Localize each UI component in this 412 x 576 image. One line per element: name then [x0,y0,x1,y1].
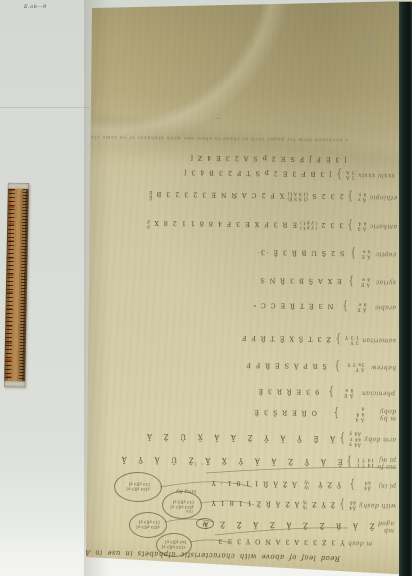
row-letters: 3 3 2 [320,221,344,229]
nested-stack-line: ⅟y [304,484,309,490]
letter-pair: ā4 [349,499,356,505]
manuscript-row: ethiopicĀ yā y}2 3 2 S(1 S S E)(1 S A L)… [236,183,397,209]
row-label-line: syriac [375,278,396,285]
writing-layer: —· 1901 Read leaf of above with characte… [0,0,412,576]
nested-stack-line: (1 S A L) [287,190,308,196]
brace: } [339,431,345,445]
accession-pencil-mark: 1901 [363,34,372,56]
letter-pair: ā 4 [355,411,364,417]
letter-pair-stack: Ā4ā4 [349,499,356,510]
row-letters: S 2 S̄ U B R̄ 3 Ē ·3· [256,248,345,257]
manuscript-row: arabicĀ Eā e}N 3 Ē T R̄ E C C ᵃ [252,298,396,314]
letter-pair: 14 7 1 [356,462,374,468]
row-letters: N 3 Ē T R̄ E C C ᵃ [252,301,333,310]
manuscript-row: samaritan3 Y1·3 Y}Z̄ 3 T S̄ X Ē T R̄ F F [247,329,396,349]
letter-pair: Ā4 [364,485,371,491]
nested-stack: ⅟y⅟y [302,498,307,509]
balloon-line: [13 y][3 y] [136,520,159,525]
brace: } [336,167,342,181]
brace: } [342,299,348,313]
letter-pair-stack: Ā4 yā4 yĀ4 y [349,430,361,447]
row-label: m bydoby [379,407,396,421]
mount-label: E.ob—9 [24,4,47,10]
manuscript-row: m bydobyĀ 4ā 44}O R̄ E R S̄ 3 Ē [253,404,396,422]
letter-pair: 4 [355,405,364,411]
letter-pair-stack: Ā Eā e [361,248,371,259]
nested-stack-line: ⅟y [304,479,309,485]
nested-stack-line: ⅟y [302,498,307,504]
letter-pair: 3 A [346,169,355,175]
brace: } [333,406,339,420]
row-label-line: hebrew [371,363,396,370]
letter-pair: 3a·3 Y [347,361,365,367]
row-letters: Ā Ē Ȳ Ā Ȳ Z̄ Ā Ā X̄ Ū Z̄ Ā [144,432,335,442]
letter-pair: Ā 4 [357,225,366,231]
letter-pair-stack: Ā 4ā 4 [357,220,366,231]
row-label: ethiopic [369,193,397,200]
balloon-content: y[2̄3 y][3 y] [13 y][3 y] [126,482,149,492]
row-label: syriac [375,278,396,285]
row-letters: O R̄ E R S̄ 3 Ē [253,408,317,417]
manuscript-row: arm dobyĀ4 yā4 yĀ4 y}Ā Ē Ȳ Ā Ȳ Z̄ Ā Ā X̄… [238,428,396,448]
manuscript-row: y = 3̄ ȳ [144,460,210,466]
balloon-callout: +[2̄3 y][3 y] [n3 y][3 y] [156,533,192,557]
manuscript-row: a proposed form for pages such as these … [200,135,348,142]
row-letters: X F 2 C A N̄ N E 3 2 3 2 3 B [155,190,284,200]
photo-edge-band [399,2,412,576]
row-label: m dash [348,539,372,546]
letter-pair: ā4 y [349,436,361,442]
nested-stack: (1 S S E)(1 S A L) [287,190,308,201]
manuscript-row: mo fopi mj14 7 114 7 1}Ē Ā Ȳ Z̄ Ā Ā Ȳ X̄… [205,451,396,471]
row-letters: E X A S̄ B 3 R̄ N S [259,276,342,285]
row-letters: ] 3 E F J F S E 2 p S A 2 3 E 4 Z [ [189,154,347,164]
row-label: arabic [374,303,396,310]
row-letters: E R 3 F X E 3 F 4 8 8 1 1 2 8 X [153,219,297,229]
letter-pair: Ā 4 [355,416,364,422]
row-letters: Y 3 Z 3 3 A 3 A N O Y 3 S 3 [217,537,345,547]
row-letters: 2 3 2 S [311,192,344,200]
letter-pair: 3 Y [344,339,358,345]
balloon-line: [13 y][3 y] [126,482,149,487]
manuscript-row: pi injĀ4ā4}Ȳ Z̄ Ȳ⅟y⅟yĀ Z̄ Ā R̄ 1 1 8 1 ·… [210,476,396,492]
letter-pair: ā e [357,301,367,307]
balloon-line: y[2̄3 y][3 y] [136,525,159,530]
nested-stack-line: ( y p t ) [300,219,317,225]
brace: } [350,246,356,260]
left-letter-pair: ĒĒ [148,188,152,199]
row-letters: a proposed form for pages such as these … [84,134,348,142]
row-label-line: phenician [362,389,395,396]
brace: } [335,332,341,346]
letter-pair: 1·3 Y [345,334,359,340]
manuscript-row: xxxiv xxxix3 A3 A}] 3 B F 3 E 2 p S T F … [237,166,395,182]
letter-pair: ā e [360,276,370,282]
letter-pair-stack: Ā Eā e [357,301,367,312]
letter-pair: Ē [148,188,152,194]
row-label-line: doby [380,407,397,414]
row-letters: Z̄ Ā R̄ Z̄ Z̄ Ā Z̄ Ā Z̄ Z̄ Ā [200,520,374,530]
ruler-end-cap [4,381,25,387]
paper-edge-shadow [84,0,110,576]
row-label-line: pi mj [377,455,396,462]
manuscript-row: ] 3 E F J F S E 2 p S A 2 3 E 4 Z [ [237,154,347,163]
row-letters: Ā Z̄ Ā R̄ 1 1 8 1 · Y [210,479,297,488]
letter-pair-stack: Ā4ā4 [364,479,371,490]
brace: } [350,478,356,492]
letter-pair-stack: 14 7 114 7 1 [356,456,374,467]
balloon-content: y[2̄3 y][3 y] [13 y][3 y] [170,500,193,510]
stray-tiny-mark: —· [214,115,221,121]
letter-pair: Ā4 y [349,441,361,447]
letter-pair: Ā4 [349,505,356,511]
letter-pair-stack: 3 Y1·3 Y [344,334,358,345]
letter-pair: Ē [148,194,152,200]
row-label-line: arm doby [364,435,396,442]
row-label-line: arabic [374,303,396,310]
manuscript-row: m dashY 3 Z 3 3 A 3 A N O Y 3 S 3 [226,537,372,547]
balloon-callout: y[2̄3 y][3 y] [13 y][3 y] [114,472,162,503]
letter-pair: F [146,217,150,223]
letter-pair: ā e [361,248,371,254]
balloon-line: [n3 y][3 y] [162,540,186,545]
row-label: phenician [362,389,395,396]
row-letters: Z̄ Ȳ Z̄ [311,500,336,508]
letter-pair: 3 A [345,174,354,180]
row-label: mo fopi mj [377,455,396,469]
nested-stack-line: ( y p t ) [300,225,317,231]
balloon-line: y[2̄3 y][3 y] [170,505,193,510]
balloon-content: +[2̄3 y][3 y] [n3 y][3 y] [162,540,186,550]
brace: } [334,359,340,373]
letter-pair: Ā y [357,197,366,203]
manuscript-row: with dashyĀ4ā4}Z̄ Ȳ Z̄⅟y⅟yĀ Z̄ Ā R̄ Z̄ 1… [213,496,396,512]
brace: } [347,455,353,469]
row-label-line: amharic [369,222,397,229]
row-label-line: samaritan [362,336,396,343]
balloon-line: +[2̄3 y][3 y] [162,545,186,550]
row-letters: y = 3̄ ȳ [188,460,210,465]
letter-pair: Ā E [361,253,371,259]
brace: } [329,385,335,399]
row-label: pi inj [378,481,396,488]
letter-pair-stack: Ā Eā e [360,276,370,287]
manuscript-row: phenicianĀ Eā e}9 3 E R̄ R 3 Ē [257,384,395,400]
row-label-line: xxxiv xxxix [358,171,395,178]
letter-pair-stack: A Y3a·3 Y [347,361,365,372]
row-label-line: with dashy [359,501,396,508]
wooden-ruler [4,183,29,387]
row-letters: Z̄ 3 T S̄ X Ē T R̄ F F [241,334,331,343]
letter-pair: ā 4 [357,220,366,226]
letter-pair: Ā4 y [349,430,361,436]
mount-seam-line [0,107,90,108]
manuscript-row: syriacĀ Eā e}E X A S̄ B 3 R̄ N S [259,273,396,289]
balloon-callout: y[2̄3 y][3 y] [13 y][3 y] [162,491,202,519]
row-label-line: ethiopic [369,193,397,200]
letter-pair: ā e [344,387,354,393]
archival-photograph: E.ob—9 —· 1901 Read leaf of above with c… [0,0,412,576]
row-label: xxxiv xxxix [358,171,395,178]
letter-pair: Ā E [344,392,354,398]
row-label-line: pi inj [378,481,396,488]
row-label: samaritan [362,336,396,343]
row-label: arm doby [364,435,396,442]
row-label-line: m dash [348,539,372,546]
nested-stack-line: ⅟y [302,504,307,510]
letter-pair: Ā E [357,306,367,312]
nested-stack: ⅟y⅟y [304,479,309,490]
row-letters: S̄ R P Ā S E R̄ F F [245,361,327,370]
brace: } [348,218,354,232]
letter-pair-stack: 3 A3 A [345,169,354,180]
nested-stack-line: (1 S S E) [287,196,308,202]
row-letters: ] 3 B F 3 E 2 p S T F 2 3 B 4 3 [ [182,168,332,178]
left-letter-pair: FF [146,217,150,228]
manuscript-sheet: —· 1901 Read leaf of above with characte… [0,0,412,576]
balloon-callout: y[2̄3 y][3 y] [13 y][3 y] [129,512,167,538]
letter-pair-stack: Ā yā y [357,191,366,202]
brace: } [339,497,345,511]
brace: } [348,274,354,288]
row-letters: Ā Z̄ Ā R̄ Z̄ 1 1 8 1 Y [210,499,299,508]
ruler-end-cap [8,183,29,189]
balloon-line: [13 y][3 y] [170,500,193,505]
row-label: mbagod [377,519,394,533]
manuscript-row: amharicĀ 4ā 4}3 3 2( y p t )( y p t )E R… [243,212,397,238]
letter-pair-stack: Ā 4ā 44 [355,405,364,422]
row-label: amharic [369,222,397,229]
letter-pair-stack: Ā Eā e [344,387,354,398]
row-label-line: coptic [375,250,396,257]
letter-pair: F [146,223,150,229]
row-label-line: agod [378,519,395,526]
brace: } [348,189,354,203]
letter-pair: Ā E [360,281,370,287]
row-letters: Ȳ Z̄ Ȳ [317,480,341,488]
manuscript-row: hebrewA Y3a·3 Y}S̄ R P Ā S E R̄ F F [245,356,396,376]
row-letters: 9 3 E R̄ R 3 Ē [257,387,319,396]
letter-pair: A Y [347,366,365,372]
letter-pair: ā4 [364,479,371,485]
nested-stack: ( y p t )( y p t ) [300,219,317,230]
letter-pair: ā y [357,191,366,197]
manuscript-row: mbagodZ̄ Ā R̄ Z̄ Z̄ Ā Z̄ Ā Z̄ Z̄ Ā [214,517,394,533]
letter-pair: 14 7 1 [356,456,374,462]
manuscript-row: copticĀ Eā e}S 2 S̄ U B R̄ 3 Ē ·3· [256,245,396,261]
balloon-content: y[2̄3 y][3 y] [13 y][3 y] [136,520,159,530]
row-label: hebrew [371,363,396,370]
row-label: coptic [375,250,396,257]
balloon-line: y[2̄3 y][3 y] [126,487,149,492]
row-label: with dashy [359,501,396,508]
